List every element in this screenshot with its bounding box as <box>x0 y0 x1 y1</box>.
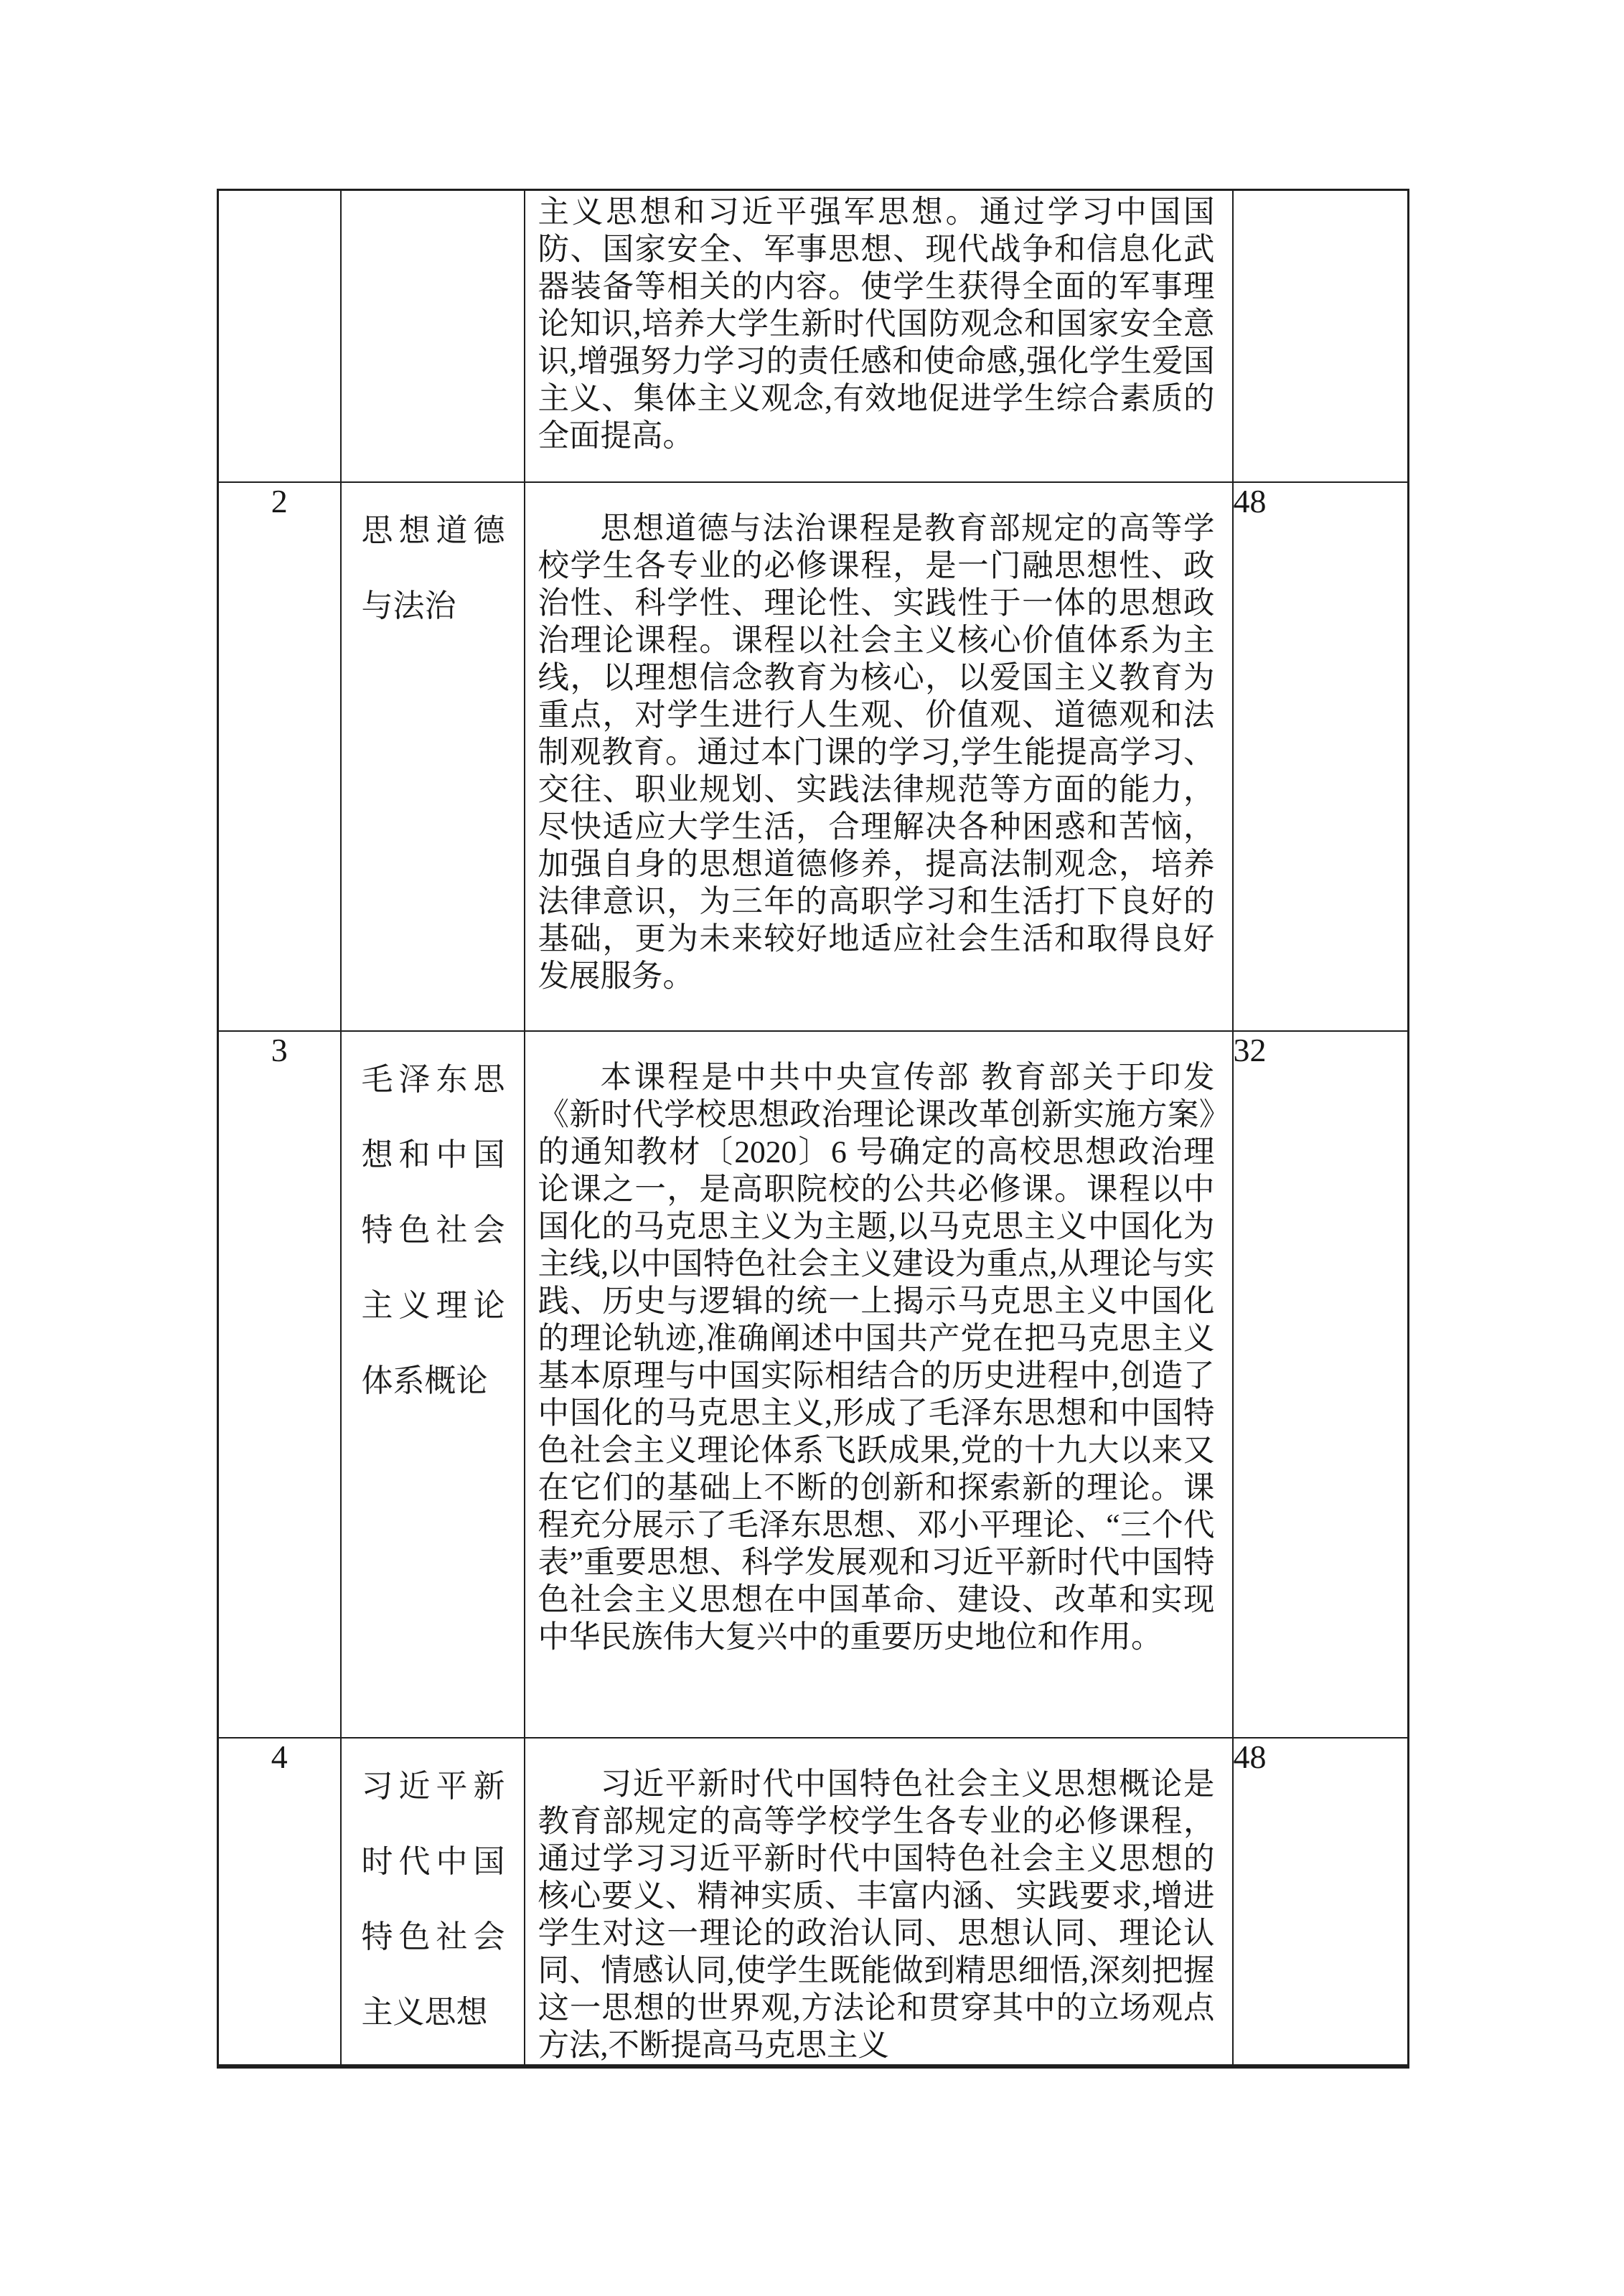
row-number-cell: 4 <box>218 1738 341 2066</box>
course-name-text: 习近平新时代中国特色社会主义思想 <box>362 1749 505 2050</box>
course-name-cell: 毛泽东思想和中国特色社会主义理论体系概论 <box>341 1031 525 1738</box>
document-page: 主义思想和习近平强军思想。通过学习中国国防、国家安全、军事思想、现代战争和信息化… <box>0 0 1624 2296</box>
course-table: 主义思想和习近平强军思想。通过学习中国国防、国家安全、军事思想、现代战争和信息化… <box>217 189 1409 2069</box>
row-number-cell: 3 <box>218 1031 341 1738</box>
course-name-cell <box>341 190 525 482</box>
table-row: 4 习近平新时代中国特色社会主义思想 习近平新时代中国特色社会主义思想概论是教育… <box>218 1738 1409 2066</box>
course-name-text: 毛泽东思想和中国特色社会主义理论体系概论 <box>362 1042 505 1418</box>
course-name-cell: 思想道德与法治 <box>341 482 525 1031</box>
course-desc-text: 习近平新时代中国特色社会主义思想概论是教育部规定的高等学校学生各专业的必修课程，… <box>538 1766 1215 2064</box>
course-desc-cell: 习近平新时代中国特色社会主义思想概论是教育部规定的高等学校学生各专业的必修课程，… <box>525 1738 1233 2066</box>
course-name-text: 思想道德与法治 <box>362 493 505 644</box>
table-row: 2 思想道德与法治 思想道德与法治课程是教育部规定的高等学校学生各专业的必修课程… <box>218 482 1409 1031</box>
table-row-continuation: 主义思想和习近平强军思想。通过学习中国国防、国家安全、军事思想、现代战争和信息化… <box>218 190 1409 482</box>
row-number-cell: 2 <box>218 482 341 1031</box>
course-hours-cell: 32 <box>1233 1031 1409 1738</box>
course-desc-cell: 本课程是中共中央宣传部 教育部关于印发《新时代学校思想政治理论课改革创新实施方案… <box>525 1031 1233 1738</box>
row-number-cell <box>218 190 341 482</box>
course-hours-cell: 48 <box>1233 482 1409 1031</box>
course-name-cell: 习近平新时代中国特色社会主义思想 <box>341 1738 525 2066</box>
table-row: 3 毛泽东思想和中国特色社会主义理论体系概论 本课程是中共中央宣传部 教育部关于… <box>218 1031 1409 1738</box>
course-desc-text: 主义思想和习近平强军思想。通过学习中国国防、国家安全、军事思想、现代战争和信息化… <box>538 194 1215 455</box>
course-desc-cell: 主义思想和习近平强军思想。通过学习中国国防、国家安全、军事思想、现代战争和信息化… <box>525 190 1233 482</box>
course-desc-text: 思想道德与法治课程是教育部规定的高等学校学生各专业的必修课程，是一门融思想性、政… <box>538 510 1215 995</box>
course-desc-text: 本课程是中共中央宣传部 教育部关于印发《新时代学校思想政治理论课改革创新实施方案… <box>538 1059 1215 1656</box>
course-desc-cell: 思想道德与法治课程是教育部规定的高等学校学生各专业的必修课程，是一门融思想性、政… <box>525 482 1233 1031</box>
course-hours-cell: 48 <box>1233 1738 1409 2066</box>
course-hours-cell <box>1233 190 1409 482</box>
